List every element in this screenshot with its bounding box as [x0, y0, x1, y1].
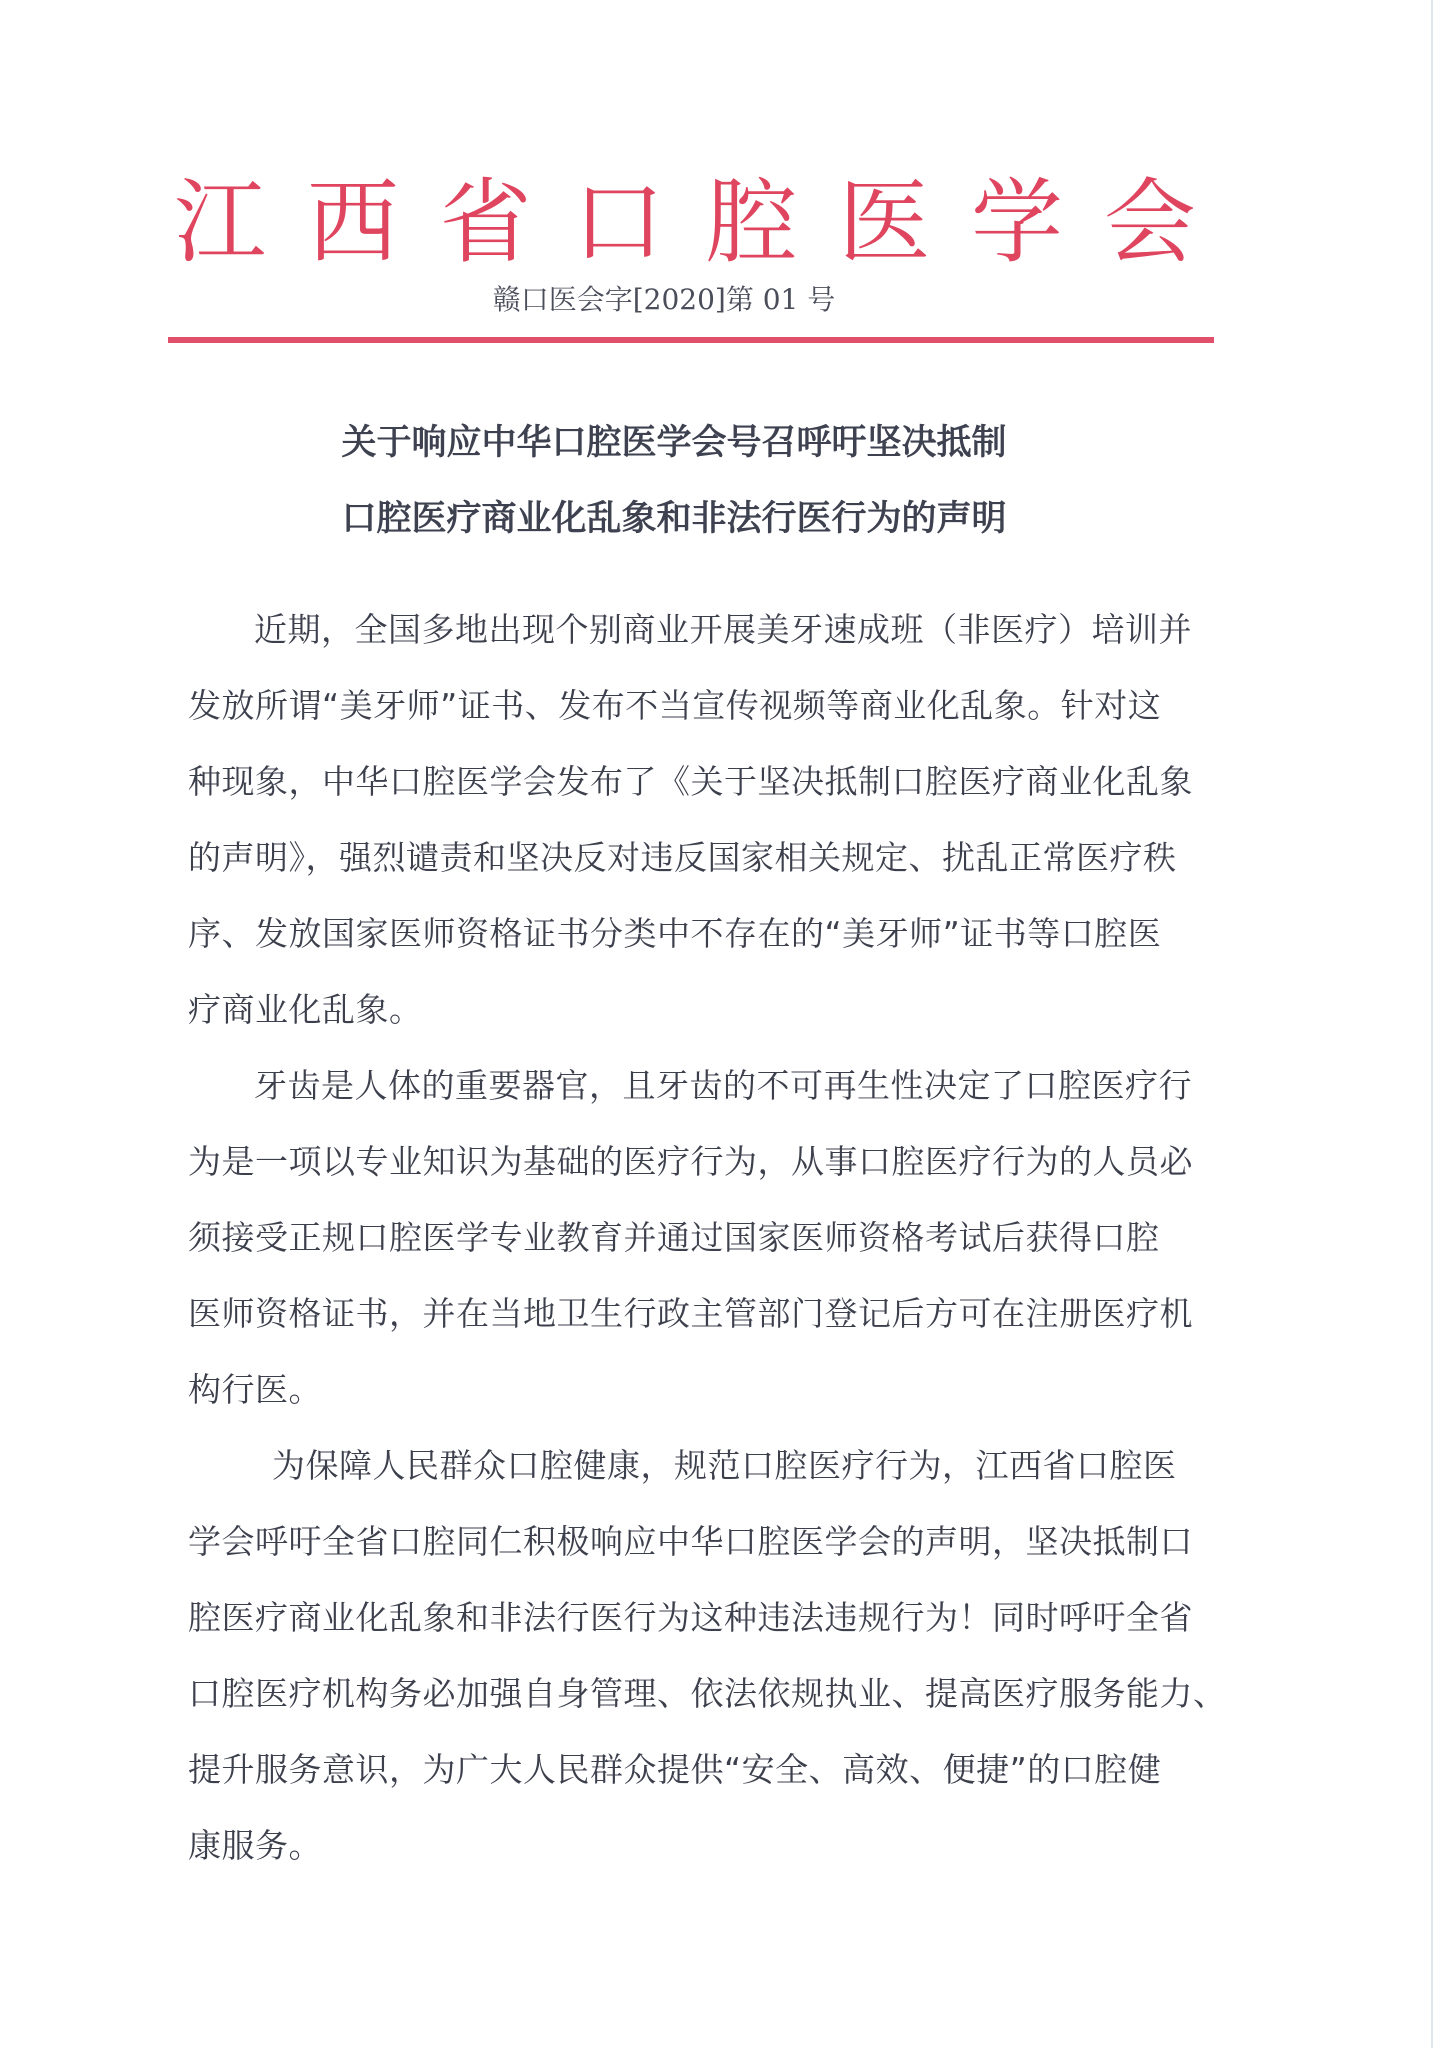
document-title: 关于响应中华口腔医学会号召呼吁坚决抵制 口腔医疗商业化乱象和非法行医行为的声明 — [0, 405, 1448, 557]
masthead-char: 会 — [1100, 168, 1200, 278]
body-line: 医师资格证书，并在当地卫生行政主管部门登记后方可在注册医疗机 — [188, 1276, 1198, 1352]
document-body: 近期，全国多地出现个别商业开展美牙速成班（非医疗）培训并 发放所谓“美牙师”证书… — [188, 592, 1198, 1884]
document-page: 江 西 省 口 腔 医 学 会 赣口医会字[2020]第 01 号 关于响应中华… — [0, 0, 1448, 2048]
red-header-rule — [168, 337, 1214, 343]
masthead-char: 口 — [569, 168, 669, 278]
body-line: 口腔医疗机构务必加强自身管理、依法依规执业、提高医疗服务能力、 — [188, 1656, 1198, 1732]
masthead-char: 西 — [303, 168, 403, 278]
masthead-char: 江 — [170, 168, 270, 278]
document-number: 赣口医会字[2020]第 01 号 — [0, 280, 1448, 320]
body-line: 发放所谓“美牙师”证书、发布不当宣传视频等商业化乱象。针对这 — [188, 668, 1198, 744]
body-line: 序、发放国家医师资格证书分类中不存在的“美牙师”证书等口腔医 — [188, 896, 1198, 972]
body-line: 学会呼吁全省口腔同仁积极响应中华口腔医学会的声明，坚决抵制口 — [188, 1504, 1198, 1580]
body-line: 疗商业化乱象。 — [188, 972, 1198, 1048]
title-line-1: 关于响应中华口腔医学会号召呼吁坚决抵制 — [0, 405, 1348, 481]
masthead-char: 医 — [834, 168, 934, 278]
body-line: 牙齿是人体的重要器官，且牙齿的不可再生性决定了口腔医疗行 — [188, 1048, 1198, 1124]
paragraph-2: 牙齿是人体的重要器官，且牙齿的不可再生性决定了口腔医疗行 为是一项以专业知识为基… — [188, 1048, 1198, 1428]
masthead-char: 学 — [967, 168, 1067, 278]
paragraph-3: 为保障人民群众口腔健康，规范口腔医疗行为，江西省口腔医 学会呼吁全省口腔同仁积极… — [188, 1428, 1198, 1884]
body-line: 腔医疗商业化乱象和非法行医行为这种违法违规行为！同时呼吁全省 — [188, 1580, 1198, 1656]
body-line: 为是一项以专业知识为基础的医疗行为，从事口腔医疗行为的人员必 — [188, 1124, 1198, 1200]
title-line-2: 口腔医疗商业化乱象和非法行医行为的声明 — [0, 481, 1348, 557]
body-line: 近期，全国多地出现个别商业开展美牙速成班（非医疗）培训并 — [188, 592, 1198, 668]
body-line: 提升服务意识，为广大人民群众提供“安全、高效、便捷”的口腔健 — [188, 1732, 1198, 1808]
body-line: 的声明》，强烈谴责和坚决反对违反国家相关规定、扰乱正常医疗秩 — [188, 820, 1198, 896]
masthead-char: 腔 — [701, 168, 801, 278]
body-line: 康服务。 — [188, 1808, 1198, 1884]
masthead-organization-name: 江 西 省 口 腔 医 学 会 — [170, 168, 1200, 278]
body-line: 为保障人民群众口腔健康，规范口腔医疗行为，江西省口腔医 — [188, 1428, 1198, 1504]
paragraph-1: 近期，全国多地出现个别商业开展美牙速成班（非医疗）培训并 发放所谓“美牙师”证书… — [188, 592, 1198, 1048]
body-line: 种现象，中华口腔医学会发布了《关于坚决抵制口腔医疗商业化乱象 — [188, 744, 1198, 820]
body-line: 须接受正规口腔医学专业教育并通过国家医师资格考试后获得口腔 — [188, 1200, 1198, 1276]
body-line: 构行医。 — [188, 1352, 1198, 1428]
masthead-char: 省 — [436, 168, 536, 278]
